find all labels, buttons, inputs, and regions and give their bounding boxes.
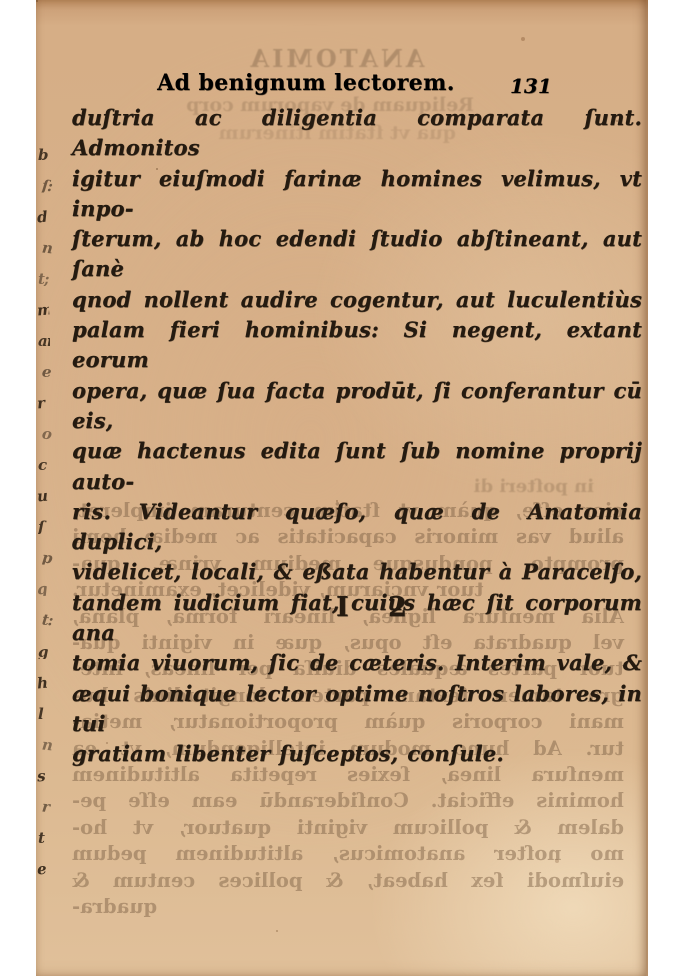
text-line: gratiam libenter ſuſceptos, conſule. <box>72 739 642 769</box>
text-line: qnod nollent audire cogentur, aut lucule… <box>72 285 642 315</box>
gutter-fragment: p <box>41 551 54 566</box>
bleed-line: hominis efficiat. Conſiderandū eam eſſe … <box>72 788 624 814</box>
bleed-line: mo noſter anatomicus, altitudinem pedum <box>72 841 624 867</box>
gutter-fragment: e <box>36 861 49 876</box>
gutter-fragment: m <box>36 303 49 318</box>
text-line: ſterum, ab hoc edendi ſtudio abſtineant,… <box>72 224 642 285</box>
text-line: æqui bonique lector optime noſtros labor… <box>72 679 642 740</box>
gutter-fragment: e <box>41 365 54 380</box>
gutter-fragment: s <box>36 768 49 783</box>
gutter-fragment: r <box>36 396 49 411</box>
text-line: palam fieri hominibus: Si negent, extant… <box>72 315 642 376</box>
bleed-line: quadra- <box>72 894 624 920</box>
gutter-fragment: t <box>38 831 50 845</box>
gutter-fragment: c <box>38 458 50 472</box>
gutter-fragment: u <box>36 489 49 504</box>
gutter-fragment: d <box>36 210 49 225</box>
bleed-line: eiuſmodi ſex habeat, & pollices centum & <box>72 868 624 894</box>
gutter-fragment: t; <box>38 272 50 286</box>
text-line: quæ hactenus edita ſunt ſub nomine propr… <box>72 436 642 497</box>
gutter-fragment: l <box>38 707 50 721</box>
gutter-fragment: n <box>41 737 54 752</box>
gutter-fragment: ar <box>38 334 50 348</box>
paper-sheet: ANATOMIA Reliquam de vaporum corp qua vt… <box>36 0 648 976</box>
text-line: igitur eiuſmodi farinæ homines velimus, … <box>72 164 642 225</box>
text-line: tomia viuorum, ſic de cæteris. Interim v… <box>72 648 642 678</box>
folio-number: 131 <box>510 74 580 98</box>
gutter-fragment: ſ <box>38 520 50 534</box>
paper-specks <box>36 0 38 2</box>
scanned-book-page: ANATOMIA Reliquam de vaporum corp qua vt… <box>0 0 690 976</box>
gutter-fragment: n <box>41 241 54 256</box>
text-line: videlicet, locali, & eßata habentur à Pa… <box>72 557 642 587</box>
text-line: opera, quæ ſua facta prodūt, ſi conferan… <box>72 376 642 437</box>
running-header: Ad benignum lectorem. <box>156 70 456 96</box>
bleed-line: dalem & pollicum viginti quatuor, vt ho- <box>72 815 624 841</box>
main-text-block: duſtria ac diligentia comparata ſunt. Ad… <box>72 103 642 770</box>
gutter-fragment: ſ: <box>41 178 54 193</box>
text-line: ris. Videantur quæſo, quæ de Anatomia du… <box>72 497 642 558</box>
signature-mark: I 2 <box>336 592 476 623</box>
gutter-fragment: b <box>38 148 50 162</box>
gutter-fragment: h <box>36 675 49 690</box>
gutter-fragment: t: <box>41 613 54 628</box>
gutter-ink-fragments: bſ:dnt;marerocuſpqt:ghlnsrte <box>38 148 56 876</box>
gutter-fragment: o <box>41 427 54 442</box>
gutter-fragment: g <box>38 645 50 659</box>
gutter-fragment: q <box>36 582 49 597</box>
text-line: duſtria ac diligentia comparata ſunt. Ad… <box>72 103 642 164</box>
gutter-fragment: r <box>41 799 54 814</box>
bleedthrough-masthead: ANATOMIA <box>221 44 451 73</box>
